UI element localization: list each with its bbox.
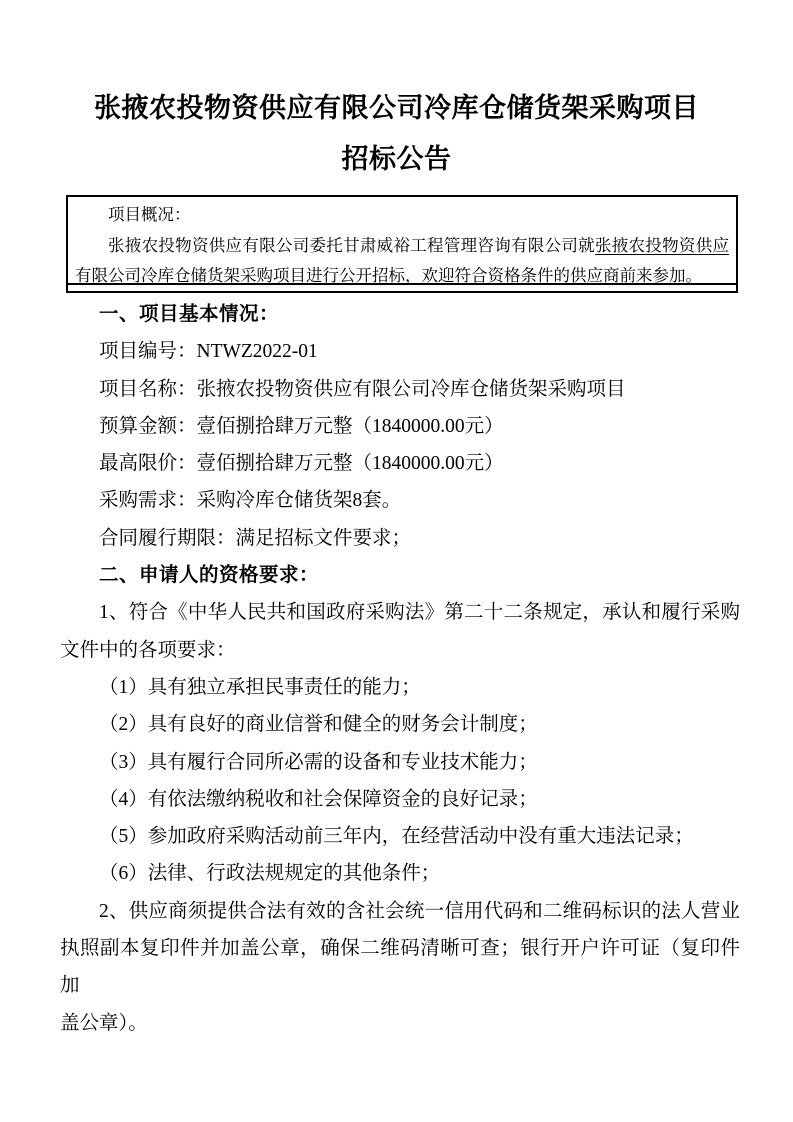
body-line: 二、申请人的资格要求： <box>60 557 740 594</box>
body-line: 文件中的各项要求： <box>60 632 740 669</box>
document-title: 张掖农投物资供应有限公司冷库仓储货架采购项目 招标公告 <box>0 0 793 179</box>
overview-box-bottom-rule <box>68 283 736 285</box>
body-line: 采购需求：采购冷库仓储货架8套。 <box>60 482 740 519</box>
body-line: 项目名称：张掖农投物资供应有限公司冷库仓储货架采购项目 <box>60 371 740 408</box>
overview-intro-prefix: 张掖农投物资供应有限公司委托甘肃威裕工程管理咨询有限公司就 <box>108 236 595 255</box>
body-line: 合同履行期限：满足招标文件要求； <box>60 520 740 557</box>
body-line: （6）法律、行政法规规定的其他条件； <box>60 855 740 892</box>
body-line: 2、供应商须提供合法有效的含社会统一信用代码和二维码标识的法人营业 <box>60 893 740 930</box>
body-line: 最高限价：壹佰捌拾肆万元整（1840000.00元） <box>60 445 740 482</box>
body-line: 1、符合《中华人民共和国政府采购法》第二十二条规定，承认和履行采购 <box>60 594 740 631</box>
document-body: 一、项目基本情况：项目编号：NTWZ2022-01项目名称：张掖农投物资供应有限… <box>60 296 740 1042</box>
body-line: （5）参加政府采购活动前三年内，在经营活动中没有重大违法记录； <box>60 818 740 855</box>
body-line: 执照副本复印件并加盖公章，确保二维码清晰可查；银行开户许可证（复印件加 <box>60 930 740 1005</box>
body-line: （3）具有履行合同所必需的设备和专业技术能力； <box>60 744 740 781</box>
document-title-line2: 招标公告 <box>0 139 793 179</box>
overview-heading: 项目概况： <box>75 200 729 231</box>
body-line: （1）具有独立承担民事责任的能力； <box>60 669 740 706</box>
body-line: 项目编号：NTWZ2022-01 <box>60 333 740 370</box>
project-overview-box: 项目概况： 张掖农投物资供应有限公司委托甘肃威裕工程管理咨询有限公司就张掖农投物… <box>66 195 738 293</box>
body-line: 盖公章）。 <box>60 1005 740 1042</box>
document-title-line1: 张掖农投物资供应有限公司冷库仓储货架采购项目 <box>0 88 793 128</box>
body-line: 一、项目基本情况： <box>60 296 740 333</box>
body-line: （2）具有良好的商业信誉和健全的财务会计制度； <box>60 706 740 743</box>
body-line: 预算金额：壹佰捌拾肆万元整（1840000.00元） <box>60 408 740 445</box>
body-line: （4）有依法缴纳税收和社会保障资金的良好记录； <box>60 781 740 818</box>
document-page: 张掖农投物资供应有限公司冷库仓储货架采购项目 招标公告 项目概况： 张掖农投物资… <box>0 0 793 1122</box>
